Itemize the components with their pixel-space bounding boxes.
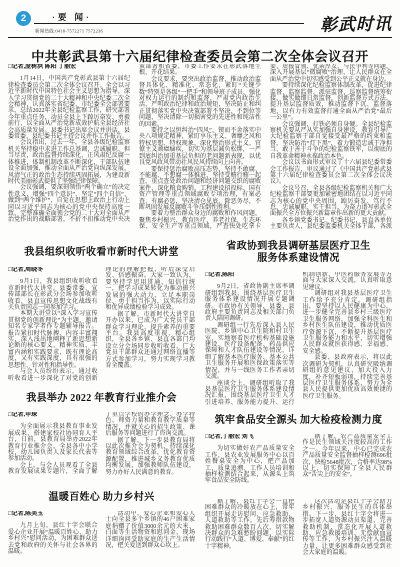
lecture-article-paragraphs: 9月1日，我县组织收听收看市新时代大讲堂。县委常委、宣传部部长在彰武分会场参加收… (8, 267, 195, 382)
warmth-article-paragraphs-left: 九月上旬，县红十字会联合爱心企业开展“温暖百姓心、助力乡村兴”慰问活动，为困难群… (8, 511, 195, 555)
newspaper-page: 2 ·要 闻· 新闻热线:0418-7572271 7572236 彰武时讯 中… (0, 0, 400, 567)
health-article-title: 省政协到我县调研基层医疗卫生 服务体系建设情况 (205, 241, 392, 265)
header-rule-bottom (8, 37, 392, 38)
news-hotline: 新闻热线:0418-7572271 7572236 (35, 27, 103, 34)
health-article-title-line2: 服务体系建设情况 (257, 253, 339, 264)
education-article-body: □记者,申琛 为全面展示我县教育事业发展成果，搭建家校社协同育人平台，日前，县教… (8, 412, 195, 486)
health-article-paragraphs: 9月2日，省政协副主席率调研组到我县，围绕基层医疗卫生服务体系建设情况开展专题调… (205, 272, 392, 406)
education-article-title: 我县举办 2022 年教育行业推介会 (8, 393, 195, 405)
lead-article-title: 中共彰武县第十六届纪律检查委员会第二次全体会议召开 (0, 46, 400, 65)
food-article-body: □记者,丁丽宏 刘飞 为切实做好农产品质量安全工作，县农业发展服务中心以百姓餐桌… (205, 434, 392, 486)
food-article-title: 筑牢食品安全源头 加大检疫检测力度 (205, 415, 392, 427)
food-article-paragraphs: 为切实做好农产品质量安全工作，县农业发展服务中心以百姓餐桌安全为中心，把产品加工… (205, 434, 392, 485)
lead-article-paragraphs: 1月14日，中国共产党彰武县第十六届纪律检查委员会第二次全体会议召开。全会以习近… (8, 64, 392, 236)
lecture-article-byline: □记者,周晓冬 (8, 267, 98, 273)
lecture-article-body: □记者,周晓冬 9月1日，我县组织收听收看市新时代大讲堂。县委常委、宣传部部长在… (8, 267, 195, 387)
warmth-article-byline: □记者,陈美玉 (8, 511, 98, 517)
health-article-byline: □记者,陈阳 (205, 272, 295, 278)
warmth-article-body-right: 据了解，县红十字会一直把困难群众的冷暖放在心上，常年组织开展走访慰问、应急救助、… (205, 499, 392, 562)
lead-article-byline: □记者,庞树洪 陈阳 丁丽宏 (8, 64, 130, 70)
food-article-byline: □记者,丁丽宏 刘飞 (205, 434, 295, 440)
education-article-paragraphs: 为全面展示我县教育事业发展成果，搭建家校社协同育人平台，日前，县教育局举办202… (8, 412, 195, 476)
section-label: ·要 闻· (52, 11, 92, 23)
header-rule-top (34, 23, 304, 24)
warmth-article-title: 温暖百姓心 助力乡村兴 (8, 492, 195, 504)
education-article-byline: □记者,申琛 (8, 412, 98, 418)
health-article-body: □记者,陈阳 9月2日，省政协副主席率调研组到我县，围绕基层医疗卫生服务体系建设… (205, 272, 392, 411)
lead-article-body: □记者,庞树洪 陈阳 丁丽宏 1月14日，中国共产党彰武县第十六届纪律检查委员会… (8, 64, 392, 236)
page-number-badge: 2 (16, 11, 31, 26)
lecture-article-title: 我县组织收听收看市新时代大讲堂 (8, 247, 195, 259)
health-article-title-line1: 省政协到我县调研基层医疗卫生 (226, 241, 370, 252)
warmth-article-body-left: □记者,陈美玉 九月上旬，县红十字会联合爱心企业开展“温暖百姓心、助力乡村兴”慰… (8, 511, 195, 562)
page-number: 2 (21, 13, 26, 24)
newspaper-masthead: 彰武时讯 (320, 9, 392, 35)
warmth-article-paragraphs-right: 据了解，县红十字会一直把困难群众的冷暖放在心上，常年组织开展走访慰问、应急救助、… (205, 499, 392, 557)
